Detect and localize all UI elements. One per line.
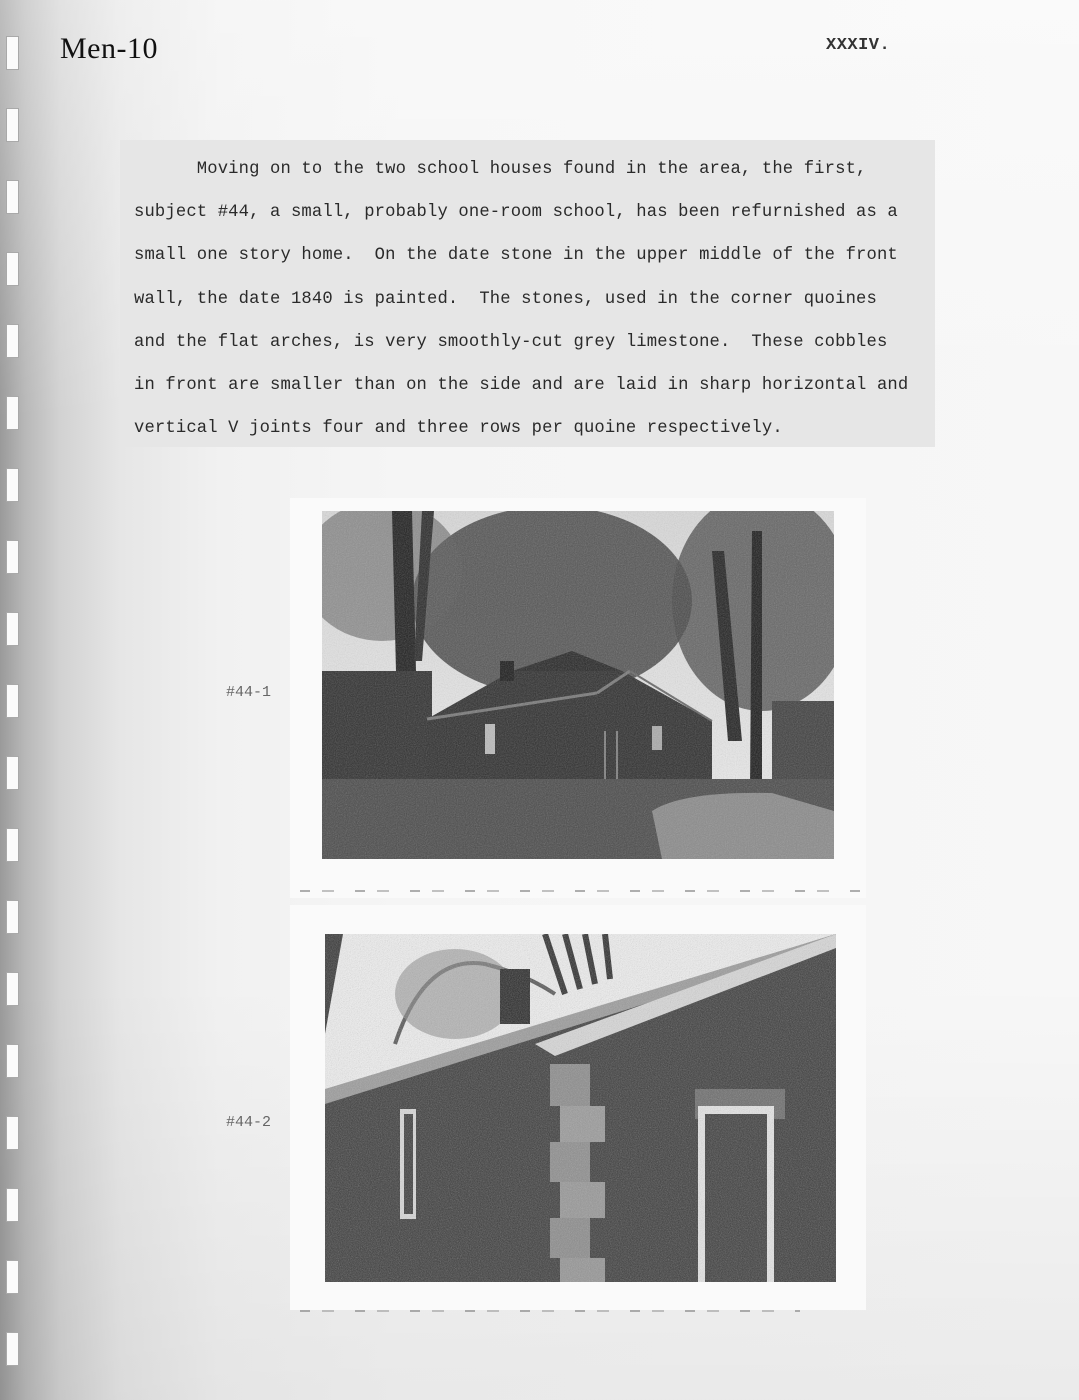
mount-edge-line [300, 890, 860, 892]
binding-hole [6, 1188, 19, 1222]
binding-hole [6, 900, 19, 934]
binding-hole [6, 396, 19, 430]
binding-hole [6, 540, 19, 574]
binding-hole [6, 324, 19, 358]
paragraph-line: subject #44, a small, probably one-room … [134, 191, 935, 234]
paragraph-line: small one story home. On the date stone … [134, 234, 935, 277]
binding-hole [6, 468, 19, 502]
photo-schoolhouse-corner [325, 934, 836, 1282]
binding-hole [6, 972, 19, 1006]
binding-hole [6, 828, 19, 862]
mount-edge-line [300, 1310, 800, 1312]
photo-schoolhouse-corner-image [325, 934, 836, 1282]
binding-hole [6, 1044, 19, 1078]
binding-hole [6, 684, 19, 718]
paragraph-line: Moving on to the two school houses found… [134, 148, 935, 191]
binding-hole [6, 108, 19, 142]
binding-hole [6, 1260, 19, 1294]
photo-caption-1: #44-1 [226, 684, 271, 701]
binding-hole [6, 1332, 19, 1366]
binding-hole [6, 180, 19, 214]
paragraph-line: in front are smaller than on the side an… [134, 364, 935, 407]
photo-caption-2: #44-2 [226, 1114, 271, 1131]
paragraph-line: and the flat arches, is very smoothly-cu… [134, 321, 935, 364]
photo-schoolhouse-exterior-image [322, 511, 834, 859]
paragraph-line: vertical V joints four and three rows pe… [134, 407, 935, 450]
paragraph-line: wall, the date 1840 is painted. The ston… [134, 278, 935, 321]
typed-paragraph: Moving on to the two school houses found… [120, 140, 935, 447]
page-id-label: Men-10 [60, 32, 158, 66]
binding-holes [4, 0, 24, 1400]
binding-hole [6, 756, 19, 790]
binding-hole [6, 36, 19, 70]
binding-hole [6, 1116, 19, 1150]
photo-schoolhouse-exterior [322, 511, 834, 859]
page-number: XXXIV. [826, 36, 890, 55]
binding-hole [6, 612, 19, 646]
binding-hole [6, 252, 19, 286]
